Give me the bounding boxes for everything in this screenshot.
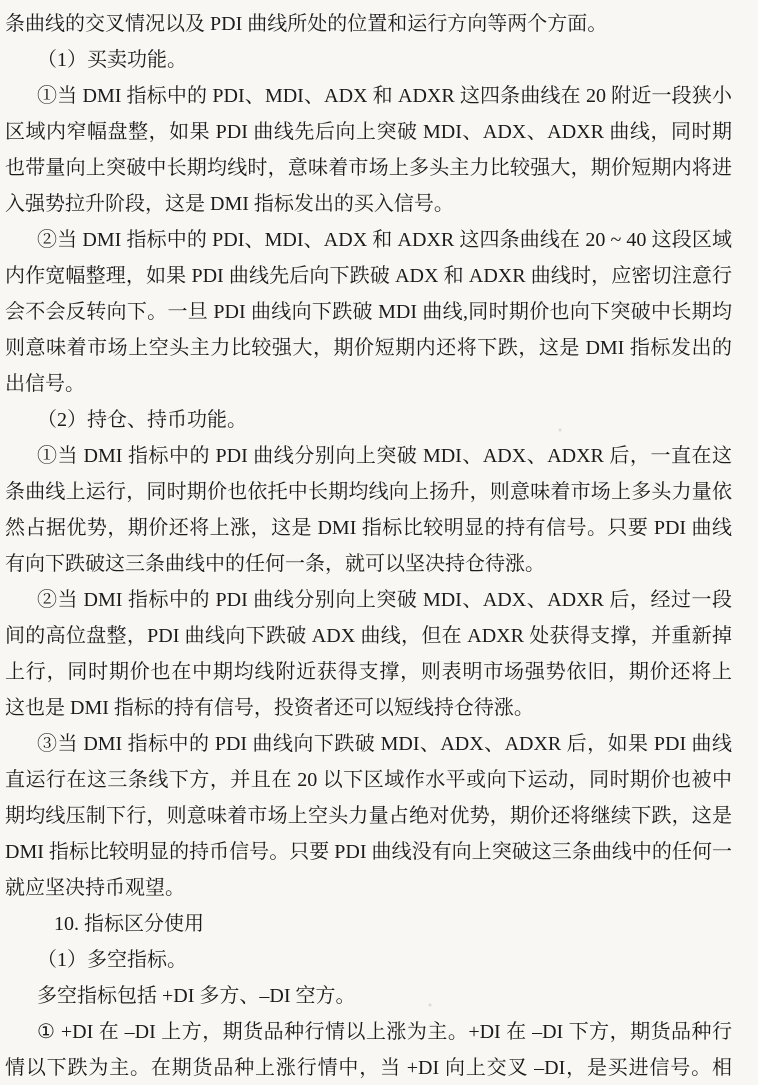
text-line: 这也是 DMI 指标的持有信号，投资者还可以短线持仓待涨。 (5, 690, 732, 726)
text-line: 有向下跌破这三条曲线中的任何一条，就可以坚决持仓待涨。 (5, 546, 732, 582)
text-line: 就应坚决持币观望。 (5, 870, 732, 906)
text-line: ②当 DMI 指标中的 PDI、MDI、ADX 和 ADXR 这四条曲线在 20… (5, 222, 732, 258)
text-line: 条曲线上运行，同时期价也依托中长期均线向上扬升，则意味着市场上多头力量依 (5, 474, 732, 510)
scanned-document-page: 条曲线的交叉情况以及 PDI 曲线所处的位置和运行方向等两个方面。 （1）买卖功… (0, 0, 758, 1085)
text-line: （1）买卖功能。 (5, 42, 732, 78)
heading-indicator-usage: 10. 指标区分使用 (5, 906, 732, 942)
text-line: ②当 DMI 指标中的 PDI 曲线分别向上突破 MDI、ADX、ADXR 后，… (5, 582, 732, 618)
text-line: 则意味着市场上空头主力比较强大，期价短期内还将下跌，这是 DMI 指标发出的卖 (5, 330, 732, 366)
para-long-short-components: 多空指标包括 +DI 多方、–DI 空方。 (5, 978, 732, 1014)
text-line: 间的高位盘整，PDI 曲线向下跌破 ADX 曲线，但在 ADXR 处获得支撑，并… (5, 618, 732, 654)
para-hold-signal-2: ②当 DMI 指标中的 PDI 曲线分别向上突破 MDI、ADX、ADXR 后，… (5, 582, 732, 726)
text-line: （2）持仓、持币功能。 (5, 402, 732, 438)
text-line: 出信号。 (5, 366, 732, 402)
text-line: 区域内窄幅盘整，如果 PDI 曲线先后向上突破 MDI、ADX、ADXR 曲线，… (5, 114, 732, 150)
text-line: ①当 DMI 指标中的 PDI 曲线分别向上突破 MDI、ADX、ADXR 后，… (5, 438, 732, 474)
text-line: 情以下跌为主。在期货品种上涨行情中，当 +DI 向上交叉 –DI，是买进信号。相… (5, 1050, 732, 1085)
text-line: 条曲线的交叉情况以及 PDI 曲线所处的位置和运行方向等两个方面。 (5, 6, 732, 42)
text-line: 期均线压制下行，则意味着市场上空头力量占绝对优势，期价还将继续下跌，这是 (5, 798, 732, 834)
para-hold-signal-1: ①当 DMI 指标中的 PDI 曲线分别向上突破 MDI、ADX、ADXR 后，… (5, 438, 732, 582)
para-buy-signal: ①当 DMI 指标中的 PDI、MDI、ADX 和 ADXR 这四条曲线在 20… (5, 78, 732, 222)
para-hold-cash-signal: ③当 DMI 指标中的 PDI 曲线向下跌破 MDI、ADX、ADXR 后，如果… (5, 726, 732, 906)
text-line: 会不会反转向下。一旦 PDI 曲线向下跌破 MDI 曲线,同时期价也向下突破中长… (5, 294, 732, 330)
subheading-long-short-indicator: （1）多空指标。 (5, 942, 732, 978)
text-line: DMI 指标比较明显的持币信号。只要 PDI 曲线没有向上突破这三条曲线中的任何… (5, 834, 732, 870)
para-di-cross-signals: ① +DI 在 –DI 上方，期货品种行情以上涨为主。+DI 在 –DI 下方，… (5, 1014, 732, 1085)
text-line: 也带量向上突破中长期均线时，意味着市场上多头主力比较强大，期价短期内将进 (5, 150, 732, 186)
para-sell-signal: ②当 DMI 指标中的 PDI、MDI、ADX 和 ADXR 这四条曲线在 20… (5, 222, 732, 402)
text-line: 入强势拉升阶段，这是 DMI 指标发出的买入信号。 (5, 186, 732, 222)
text-line: （1）多空指标。 (5, 942, 732, 978)
text-line: 上行，同时期价也在中期均线附近获得支撑，则表明市场强势依旧，期价还将上扬， (5, 654, 732, 690)
text-line: ③当 DMI 指标中的 PDI 曲线向下跌破 MDI、ADX、ADXR 后，如果… (5, 726, 732, 762)
text-line: 内作宽幅整理，如果 PDI 曲线先后向下跌破 ADX 和 ADXR 曲线时，应密… (5, 258, 732, 294)
text-line: ①当 DMI 指标中的 PDI、MDI、ADX 和 ADXR 这四条曲线在 20… (5, 78, 732, 114)
text-line: 然占据优势，期价还将上涨，这是 DMI 指标比较明显的持有信号。只要 PDI 曲… (5, 510, 732, 546)
text-line: ① +DI 在 –DI 上方，期货品种行情以上涨为主。+DI 在 –DI 下方，… (5, 1014, 732, 1050)
subheading-buy-sell-function: （1）买卖功能。 (5, 42, 732, 78)
paragraph-continuation: 条曲线的交叉情况以及 PDI 曲线所处的位置和运行方向等两个方面。 (5, 6, 732, 42)
text-line: 10. 指标区分使用 (5, 906, 732, 942)
text-line: 多空指标包括 +DI 多方、–DI 空方。 (5, 978, 732, 1014)
subheading-hold-position-function: （2）持仓、持币功能。 (5, 402, 732, 438)
text-line: 直运行在这三条线下方，并且在 20 以下区域作水平或向下运动，同时期价也被中长 (5, 762, 732, 798)
